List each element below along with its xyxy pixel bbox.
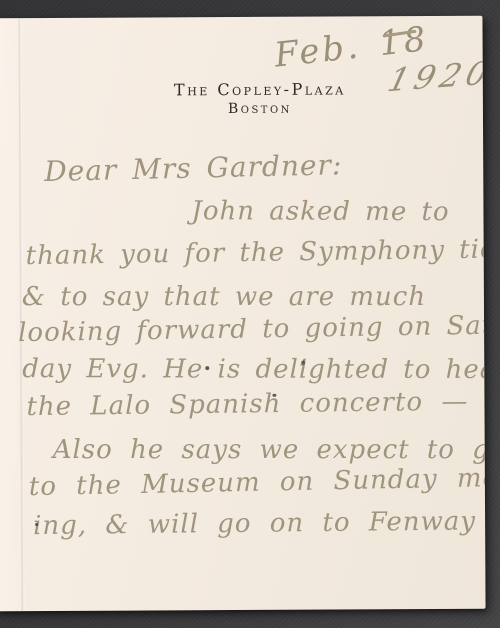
letter-line-6: the Lalo Spanish concerto — xyxy=(26,389,468,420)
letter-line-8: to the Museum on Sunday morn- xyxy=(29,464,486,500)
ink-speck xyxy=(35,523,38,526)
letter-line-4: looking forward to going on Satur- xyxy=(18,312,486,346)
letterhead-city: Boston xyxy=(120,100,400,117)
letter-paper: The Copley-Plaza Boston Feb. 18 1920 Dea… xyxy=(0,16,486,612)
letter-line-2: thank you for the Symphony tickets, xyxy=(26,236,486,270)
letter-line-9: ing, & will go on to Fenway xyxy=(33,508,476,539)
letterhead: The Copley-Plaza Boston xyxy=(120,80,400,117)
ink-speck xyxy=(205,366,209,370)
letter-line-3: & to say that we are much xyxy=(22,284,426,310)
letter-line-5: day Evg. He is delighted to hear xyxy=(22,356,485,383)
letterhead-hotel-name: The Copley-Plaza xyxy=(120,80,400,99)
salutation-line: Dear Mrs Gardner: xyxy=(44,151,343,186)
letter-line-7: Also he says we expect to go xyxy=(53,437,486,463)
letter-line-1: John asked me to xyxy=(191,198,449,225)
ink-speck xyxy=(272,394,276,397)
handwritten-date-year: 1920 xyxy=(385,57,486,97)
ink-speck xyxy=(301,361,305,365)
